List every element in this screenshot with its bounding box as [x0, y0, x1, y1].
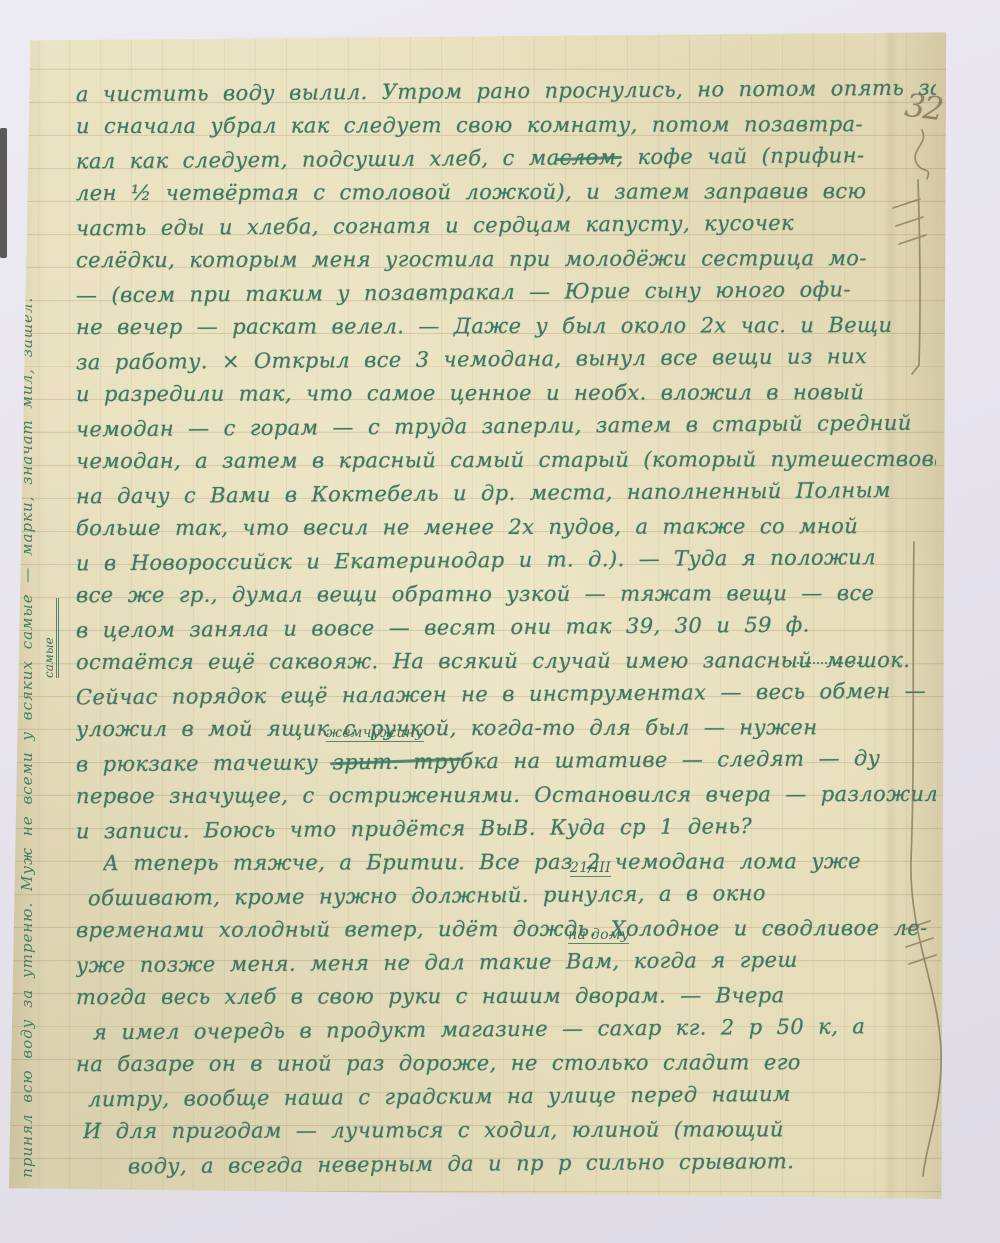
handwriting-line: и сначала убрал как следует свою комнату… — [76, 109, 936, 143]
handwriting-line: часть еды и хлеба, согнатя и сердцам кап… — [76, 207, 936, 246]
inserted-word: жемчужину — [326, 725, 424, 742]
handwriting-line: А теперь тяжче, а Бритии. Все раз 2 чемо… — [103, 846, 963, 880]
handwriting-line: я имел очередь в продукт магазине — саха… — [93, 1011, 953, 1050]
handwriting-line: временами холодный ветер, идёт дождь. Хо… — [76, 913, 936, 947]
handwriting-line: уже позже меня. меня не дал такие Вам, к… — [76, 944, 936, 983]
margin-inserted-word: самые — [42, 598, 59, 678]
handwriting-line: И для пригодам — лучиться с ходил, юлино… — [83, 1114, 943, 1148]
dotted-underline — [790, 662, 862, 664]
handwriting-line: Сейчас порядок ещё налажен не в инструме… — [76, 676, 936, 715]
handwriting-line: а чистить воду вылил. Утром рано проснул… — [76, 73, 936, 112]
handwriting-line: — (всем при таким у позавтракал — Юрие с… — [76, 274, 936, 313]
torn-page-edge — [0, 128, 7, 258]
letter-paper-sheet: а чистить воду вылил. Утром рано проснул… — [8, 30, 948, 1200]
handwriting-line: кал как следует, подсушил хлеб, с маслом… — [76, 140, 936, 179]
handwriting-line: воду, а всегда неверным да и пр р сильно… — [128, 1145, 988, 1184]
handwriting-line: и записи. Боюсь что придётся ВыВ. Куда с… — [76, 810, 936, 849]
handwriting-line: литру, вообще наша с градским на улице п… — [88, 1078, 948, 1117]
scanned-letter-page: { "document": { "kind": "handwritten let… — [0, 0, 1000, 1243]
handwriting-line: в рюкзаке тачешку зрит. трубка на штатив… — [76, 743, 936, 782]
handwriting-line: не вечер — раскат велел. — Даже у был ок… — [76, 310, 936, 344]
handwriting-line: и в Новороссийск и Екатеринодар и т. д.)… — [76, 542, 936, 581]
margin-note-vertical: х принял всю воду за утреню. Муж не всем… — [18, 178, 44, 1198]
handwriting-line: лен ½ четвёртая с столовой ложкой), и за… — [76, 176, 936, 210]
page-number-pencil: 32 — [903, 86, 944, 128]
handwriting-line: все же гр., думал вещи обратно узкой — т… — [76, 578, 936, 612]
handwriting-line: первое значущее, с острижениями. Останов… — [76, 779, 936, 813]
handwriting-line: на базаре он в иной раз дороже, не столь… — [76, 1047, 936, 1081]
handwriting-line: чемодан, а затем в красный самый старый … — [76, 444, 936, 478]
handwriting-line: селёдки, которым меня угостила при молод… — [76, 243, 936, 277]
inserted-date: 21/III — [570, 860, 611, 877]
handwriting-line: чемодан — с горам — с труда заперли, зат… — [76, 408, 936, 447]
handwriting-line: обшивают, кроме нужно должный. ринулся, … — [88, 877, 948, 916]
inserted-word: на дому — [568, 927, 629, 944]
handwriting-line: на дачу с Вами в Коктебель и др. места, … — [76, 475, 936, 514]
handwriting-line: больше так, что весил не менее 2х пудов,… — [76, 511, 936, 545]
handwriting-line: в целом заняла и вовсе — весят они так 3… — [76, 609, 936, 648]
handwriting-line: тогда весь хлеб в свою руки с нашим двор… — [76, 980, 936, 1014]
handwriting-line: за работу. × Открыл все 3 чемодана, выну… — [76, 341, 936, 380]
handwriting-line: уложил в мой ящик с ручкой, когда-то для… — [76, 712, 936, 746]
handwriting-line: и разредили так, что самое ценное и необ… — [76, 377, 936, 411]
